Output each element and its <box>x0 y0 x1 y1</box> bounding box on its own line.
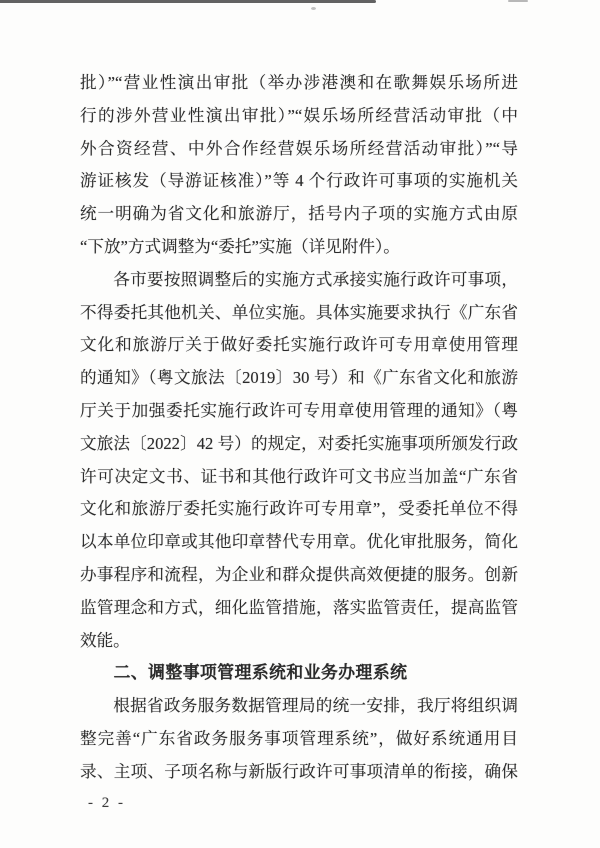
text-line: 文化和旅游厅关于做好委托实施行政许可专用章使用管理 <box>80 329 518 362</box>
text-line: 整完善“广东省政务服务事项管理系统”，做好系统通用目 <box>80 723 518 756</box>
scan-artifact-speck <box>311 7 316 10</box>
text-line: 办事程序和流程，为企业和群众提供高效便捷的服务。创新 <box>80 559 518 592</box>
page-number: - 2 - <box>88 795 126 812</box>
text-line: 效能。 <box>80 625 518 658</box>
text-line: 统一明确为省文化和旅游厅，括号内子项的实施方式由原 <box>80 198 518 231</box>
text-line: 监管理念和方式，细化监管措施，落实监管责任，提高监管 <box>80 592 518 625</box>
scan-artifact-top-bar <box>0 0 376 3</box>
text-line: 的通知》（粤文旅法〔2019〕30 号）和《广东省文化和旅游 <box>80 362 518 395</box>
document-page: 批）”“营业性演出审批（举办涉港澳和在歌舞娱乐场所进行的涉外营业性演出审批）”“… <box>0 0 600 848</box>
text-line: 文化和旅游厅委托实施行政许可专用章”，受委托单位不得 <box>80 493 518 526</box>
scan-artifact-speck <box>508 0 528 2</box>
text-line: 不得委托其他机关、单位实施。具体实施要求执行《广东省 <box>80 297 518 330</box>
text-line: 以本单位印章或其他印章替代专用章。优化审批服务，简化 <box>80 526 518 559</box>
text-line: 游证核发（导游证核准）”等 4 个行政许可事项的实施机关 <box>80 165 518 198</box>
text-line: 各市要按照调整后的实施方式承接实施行政许可事项， <box>80 264 518 297</box>
text-line: “下放”方式调整为“委托”实施（详见附件）。 <box>80 231 518 264</box>
text-line: 录、主项、子项名称与新版行政许可事项清单的衔接，确保 <box>80 756 518 789</box>
text-line: 批）”“营业性演出审批（举办涉港澳和在歌舞娱乐场所进 <box>80 67 518 100</box>
text-line: 许可决定文书、证书和其他行政许可文书应当加盖“广东省 <box>80 461 518 494</box>
text-line: 根据省政务服务数据管理局的统一安排，我厅将组织调 <box>80 690 518 723</box>
section-heading: 二、调整事项管理系统和业务办理系统 <box>80 657 518 690</box>
text-line: 行的涉外营业性演出审批）”“娱乐场所经营活动审批（中 <box>80 100 518 133</box>
text-line: 文旅法〔2022〕42 号）的规定，对委托实施事项所颁发行政 <box>80 428 518 461</box>
text-line: 厅关于加强委托实施行政许可专用章使用管理的通知》（粤 <box>80 395 518 428</box>
document-text-block: 批）”“营业性演出审批（举办涉港澳和在歌舞娱乐场所进行的涉外营业性演出审批）”“… <box>80 67 518 789</box>
text-line: 外合资经营、中外合作经营娱乐场所经营活动审批）”“导 <box>80 133 518 166</box>
